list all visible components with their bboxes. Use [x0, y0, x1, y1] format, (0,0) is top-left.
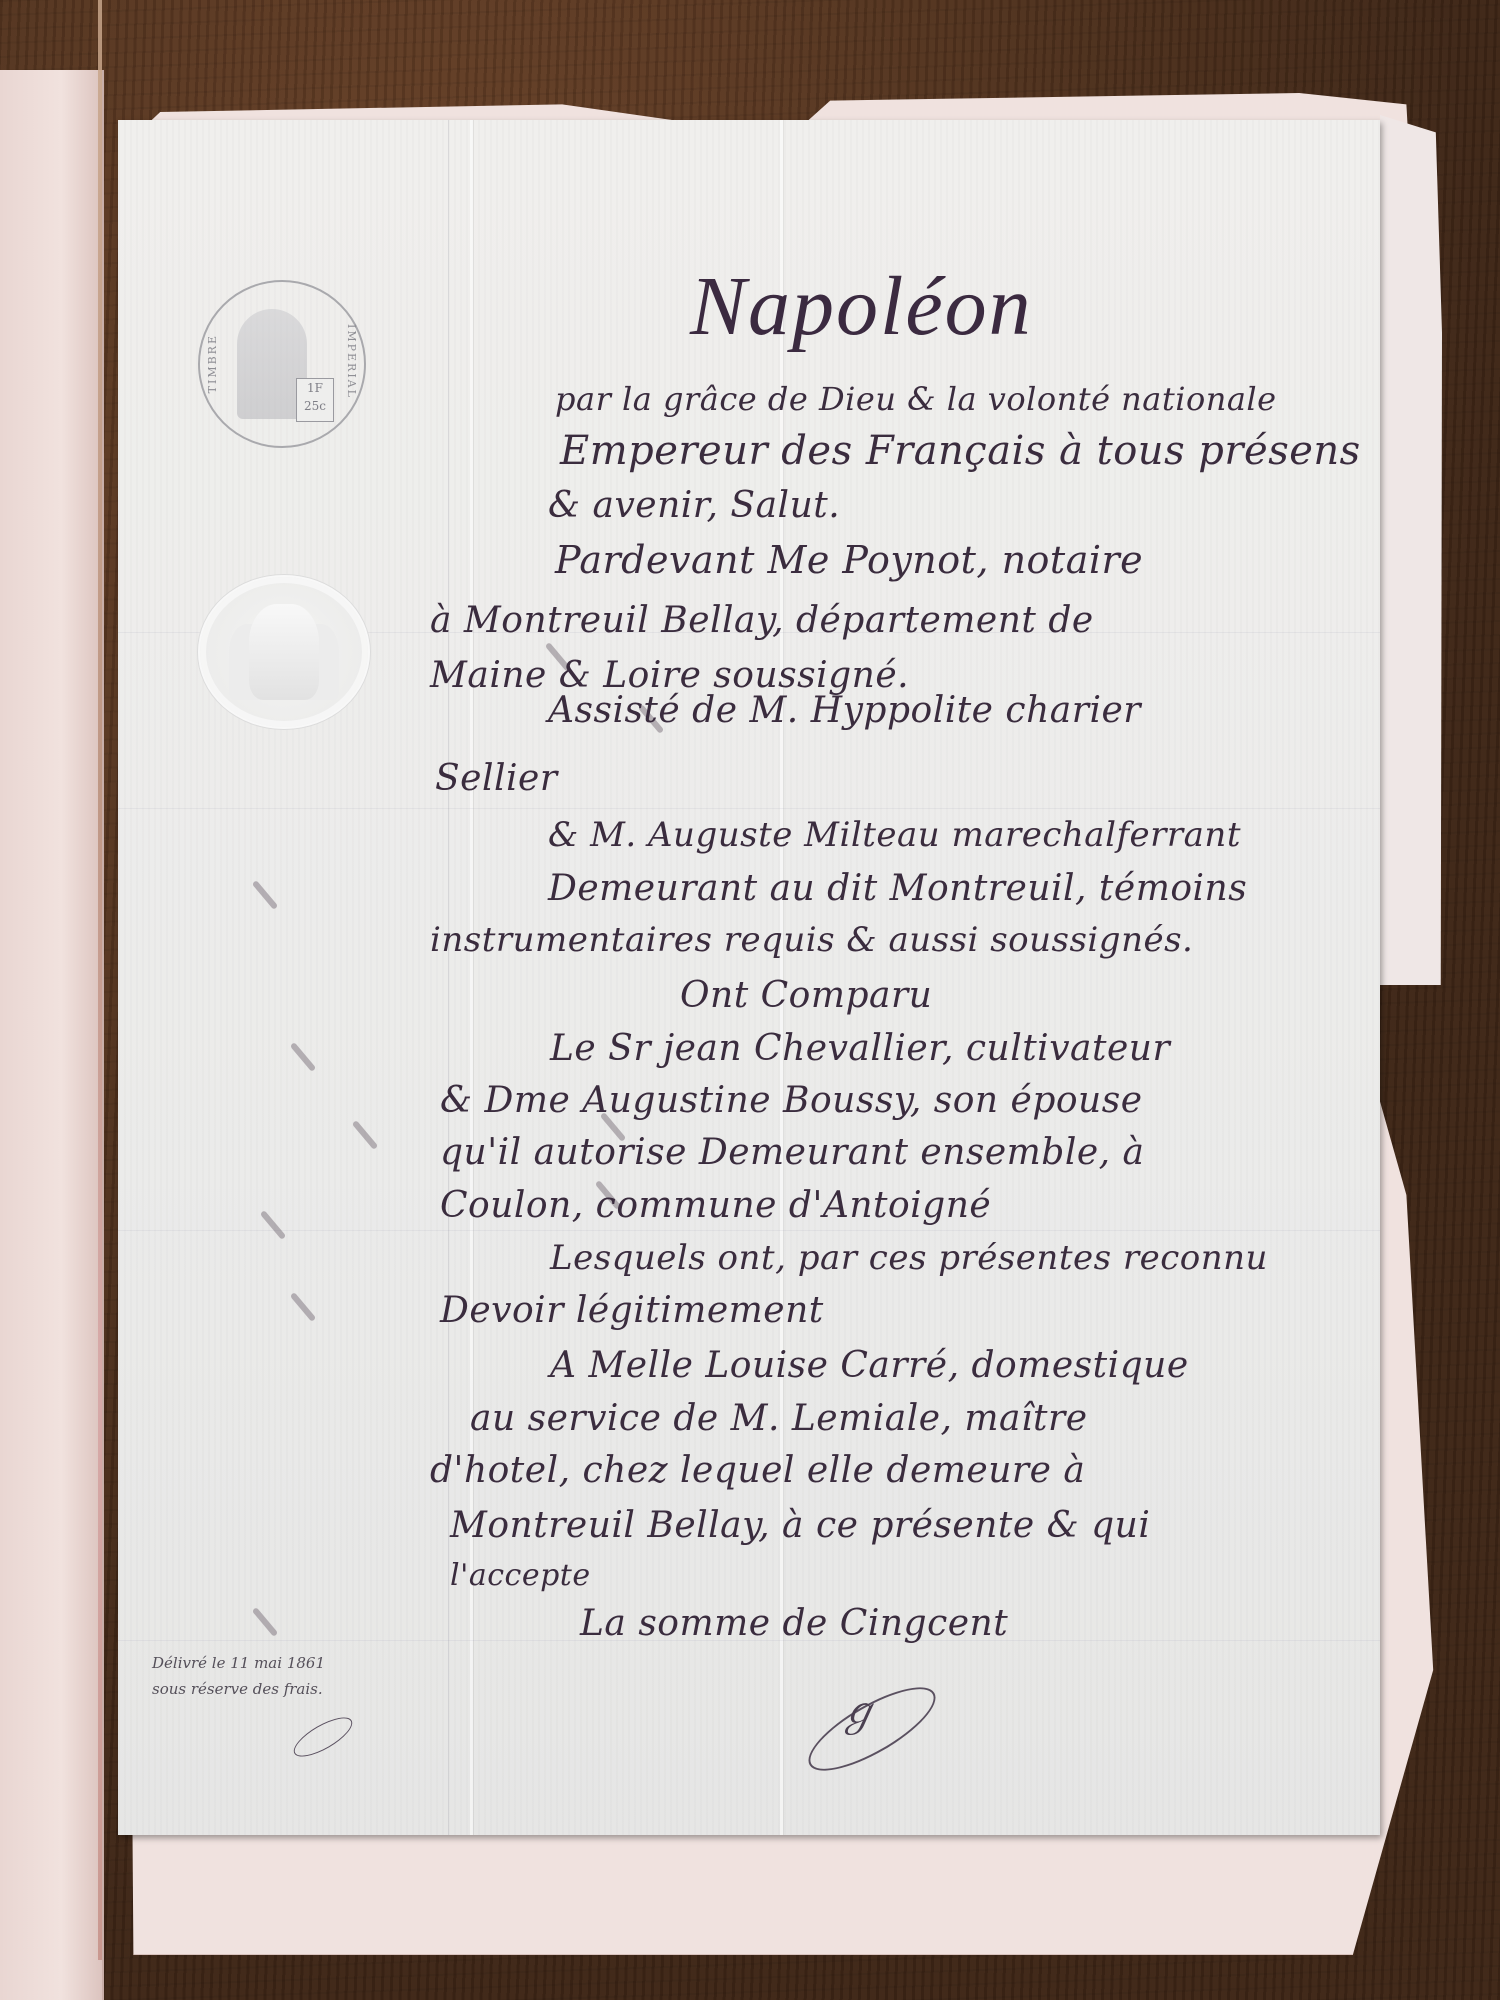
embossed-eagle-seal: [198, 575, 370, 729]
text-line: La somme de Cingcent: [580, 1603, 1008, 1644]
text-line: Empereur des Français à tous présens: [560, 428, 1361, 474]
text-line: & Dme Augustine Boussy, son épouse: [440, 1080, 1143, 1121]
text-line: & avenir, Salut.: [548, 485, 840, 526]
margin-note-line: Délivré le 11 mai 1861: [152, 1650, 325, 1676]
text-line: par la grâce de Dieu & la volonté nation…: [555, 380, 1277, 418]
stamp-value-francs: 1F: [297, 379, 333, 397]
stamp-text-right: IMPERIAL: [345, 324, 358, 399]
text-line: Montreuil Bellay, à ce présente & qui: [450, 1505, 1150, 1546]
document-heading: Napoléon: [690, 258, 1033, 355]
text-line: l'accepte: [450, 1558, 591, 1593]
text-line: d'hotel, chez lequel elle demeure à: [430, 1450, 1085, 1491]
text-line: Coulon, commune d'Antoigné: [440, 1185, 991, 1226]
text-line: Demeurant au dit Montreuil, témoins: [548, 868, 1247, 909]
stamp-text-left: TIMBRE: [206, 334, 219, 393]
text-line: au service de M. Lemiale, maître: [470, 1398, 1088, 1439]
left-folded-leaf: [0, 70, 104, 2000]
margin-note-line: sous réserve des frais.: [152, 1676, 325, 1702]
stamp-value-box: 1F 25c: [296, 378, 334, 422]
stamp-value-centimes: 25c: [297, 397, 333, 415]
text-line: Le Sr jean Chevallier, cultivateur: [550, 1028, 1170, 1069]
text-line: & M. Auguste Milteau marechalferrant: [548, 815, 1241, 855]
text-line: instrumentaires requis & aussi soussigné…: [430, 920, 1193, 960]
paraph-initials: ℊ: [838, 1680, 878, 1737]
text-line: Pardevant Me Poynot, notaire: [555, 538, 1143, 582]
eagle-icon: [249, 604, 319, 700]
tax-stamp: TIMBRE IMPERIAL 1F 25c: [198, 280, 366, 448]
margin-rule: [448, 120, 449, 1835]
text-line: qu'il autorise Demeurant ensemble, à: [440, 1132, 1145, 1173]
torn-cover-edge: [1380, 115, 1442, 985]
ruled-line: [118, 1230, 1380, 1231]
text-line: Ont Comparu: [680, 975, 932, 1016]
text-line: Sellier: [435, 758, 558, 799]
text-line: Assisté de M. Hyppolite charier: [548, 690, 1141, 731]
binding-string: [98, 0, 102, 1960]
text-line: A Melle Louise Carré, domestique: [550, 1345, 1189, 1386]
ruled-line: [118, 808, 1380, 809]
text-line: à Montreuil Bellay, département de: [430, 600, 1094, 641]
text-line: Devoir légitimement: [440, 1290, 824, 1331]
text-line: Lesquels ont, par ces présentes reconnu: [550, 1238, 1268, 1278]
margin-note: Délivré le 11 mai 1861 sous réserve des …: [152, 1650, 325, 1702]
